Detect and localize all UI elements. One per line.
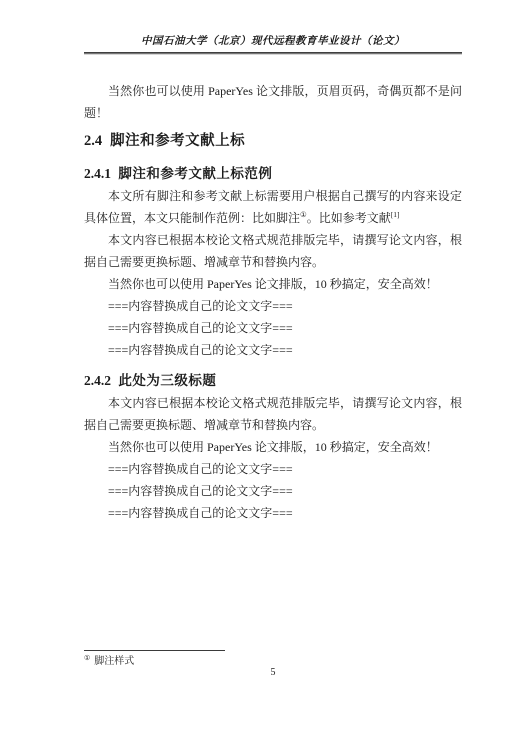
heading-2-4-2-title: 此处为三级标题 bbox=[118, 373, 216, 388]
paragraph-text: 本文所有脚注和参考文献上标需要用户根据自己撰写的内容来设定具体位置，本文只能制作… bbox=[84, 189, 462, 225]
header-title: 中国石油大学（北京）现代远程教育毕业设计（论文） bbox=[141, 36, 405, 47]
citation-reference-mark: [1] bbox=[391, 210, 400, 219]
heading-2-4-title: 脚注和参考文献上标 bbox=[110, 133, 245, 149]
document-page: 中国石油大学（北京）现代远程教育毕业设计（论文） 当然你也可以使用 PaperY… bbox=[0, 0, 516, 729]
placeholder-line: ===内容替换成自己的论文文字=== bbox=[84, 339, 462, 361]
heading-2-4-2-number: 2.4.2 bbox=[84, 373, 111, 388]
page-header: 中国石油大学（北京）现代远程教育毕业设计（论文） bbox=[84, 33, 462, 48]
footnote-reference-mark: ① bbox=[300, 210, 307, 219]
heading-2-4-2: 2.4.2此处为三级标题 bbox=[84, 369, 462, 392]
document-body: 当然你也可以使用 PaperYes 论文排版，页眉页码，奇偶页都不是问题！ 2.… bbox=[84, 80, 462, 524]
footnote-separator bbox=[84, 650, 225, 651]
placeholder-line: ===内容替换成自己的论文文字=== bbox=[84, 317, 462, 339]
placeholder-line: ===内容替换成自己的论文文字=== bbox=[84, 295, 462, 317]
footnote-mark: ① bbox=[84, 654, 90, 662]
intro-paragraph: 当然你也可以使用 PaperYes 论文排版，页眉页码，奇偶页都不是问题！ bbox=[84, 80, 462, 124]
placeholder-line: ===内容替换成自己的论文文字=== bbox=[84, 502, 462, 524]
heading-2-4-number: 2.4 bbox=[84, 133, 102, 149]
body-paragraph: 当然你也可以使用 PaperYes 论文排版，10 秒搞定，安全高效！ bbox=[84, 436, 462, 458]
header-rule bbox=[84, 52, 462, 55]
placeholder-line: ===内容替换成自己的论文文字=== bbox=[84, 458, 462, 480]
heading-2-4: 2.4脚注和参考文献上标 bbox=[84, 129, 462, 154]
heading-2-4-1-title: 脚注和参考文献上标范例 bbox=[118, 166, 272, 181]
body-paragraph: 本文内容已根据本校论文格式规范排版完毕，请撰写论文内容，根据自己需要更换标题、增… bbox=[84, 229, 462, 273]
body-paragraph: 当然你也可以使用 PaperYes 论文排版，10 秒搞定，安全高效！ bbox=[84, 273, 462, 295]
heading-2-4-1: 2.4.1脚注和参考文献上标范例 bbox=[84, 162, 462, 185]
page-number: 5 bbox=[84, 667, 462, 678]
body-paragraph: 本文内容已根据本校论文格式规范排版完毕，请撰写论文内容，根据自己需要更换标题、增… bbox=[84, 392, 462, 436]
paragraph-text: 。比如参考文献 bbox=[307, 211, 391, 225]
footnote-text: 脚注样式 bbox=[94, 656, 134, 667]
heading-2-4-1-number: 2.4.1 bbox=[84, 166, 111, 181]
footnote-example-paragraph: 本文所有脚注和参考文献上标需要用户根据自己撰写的内容来设定具体位置，本文只能制作… bbox=[84, 185, 462, 229]
placeholder-line: ===内容替换成自己的论文文字=== bbox=[84, 480, 462, 502]
